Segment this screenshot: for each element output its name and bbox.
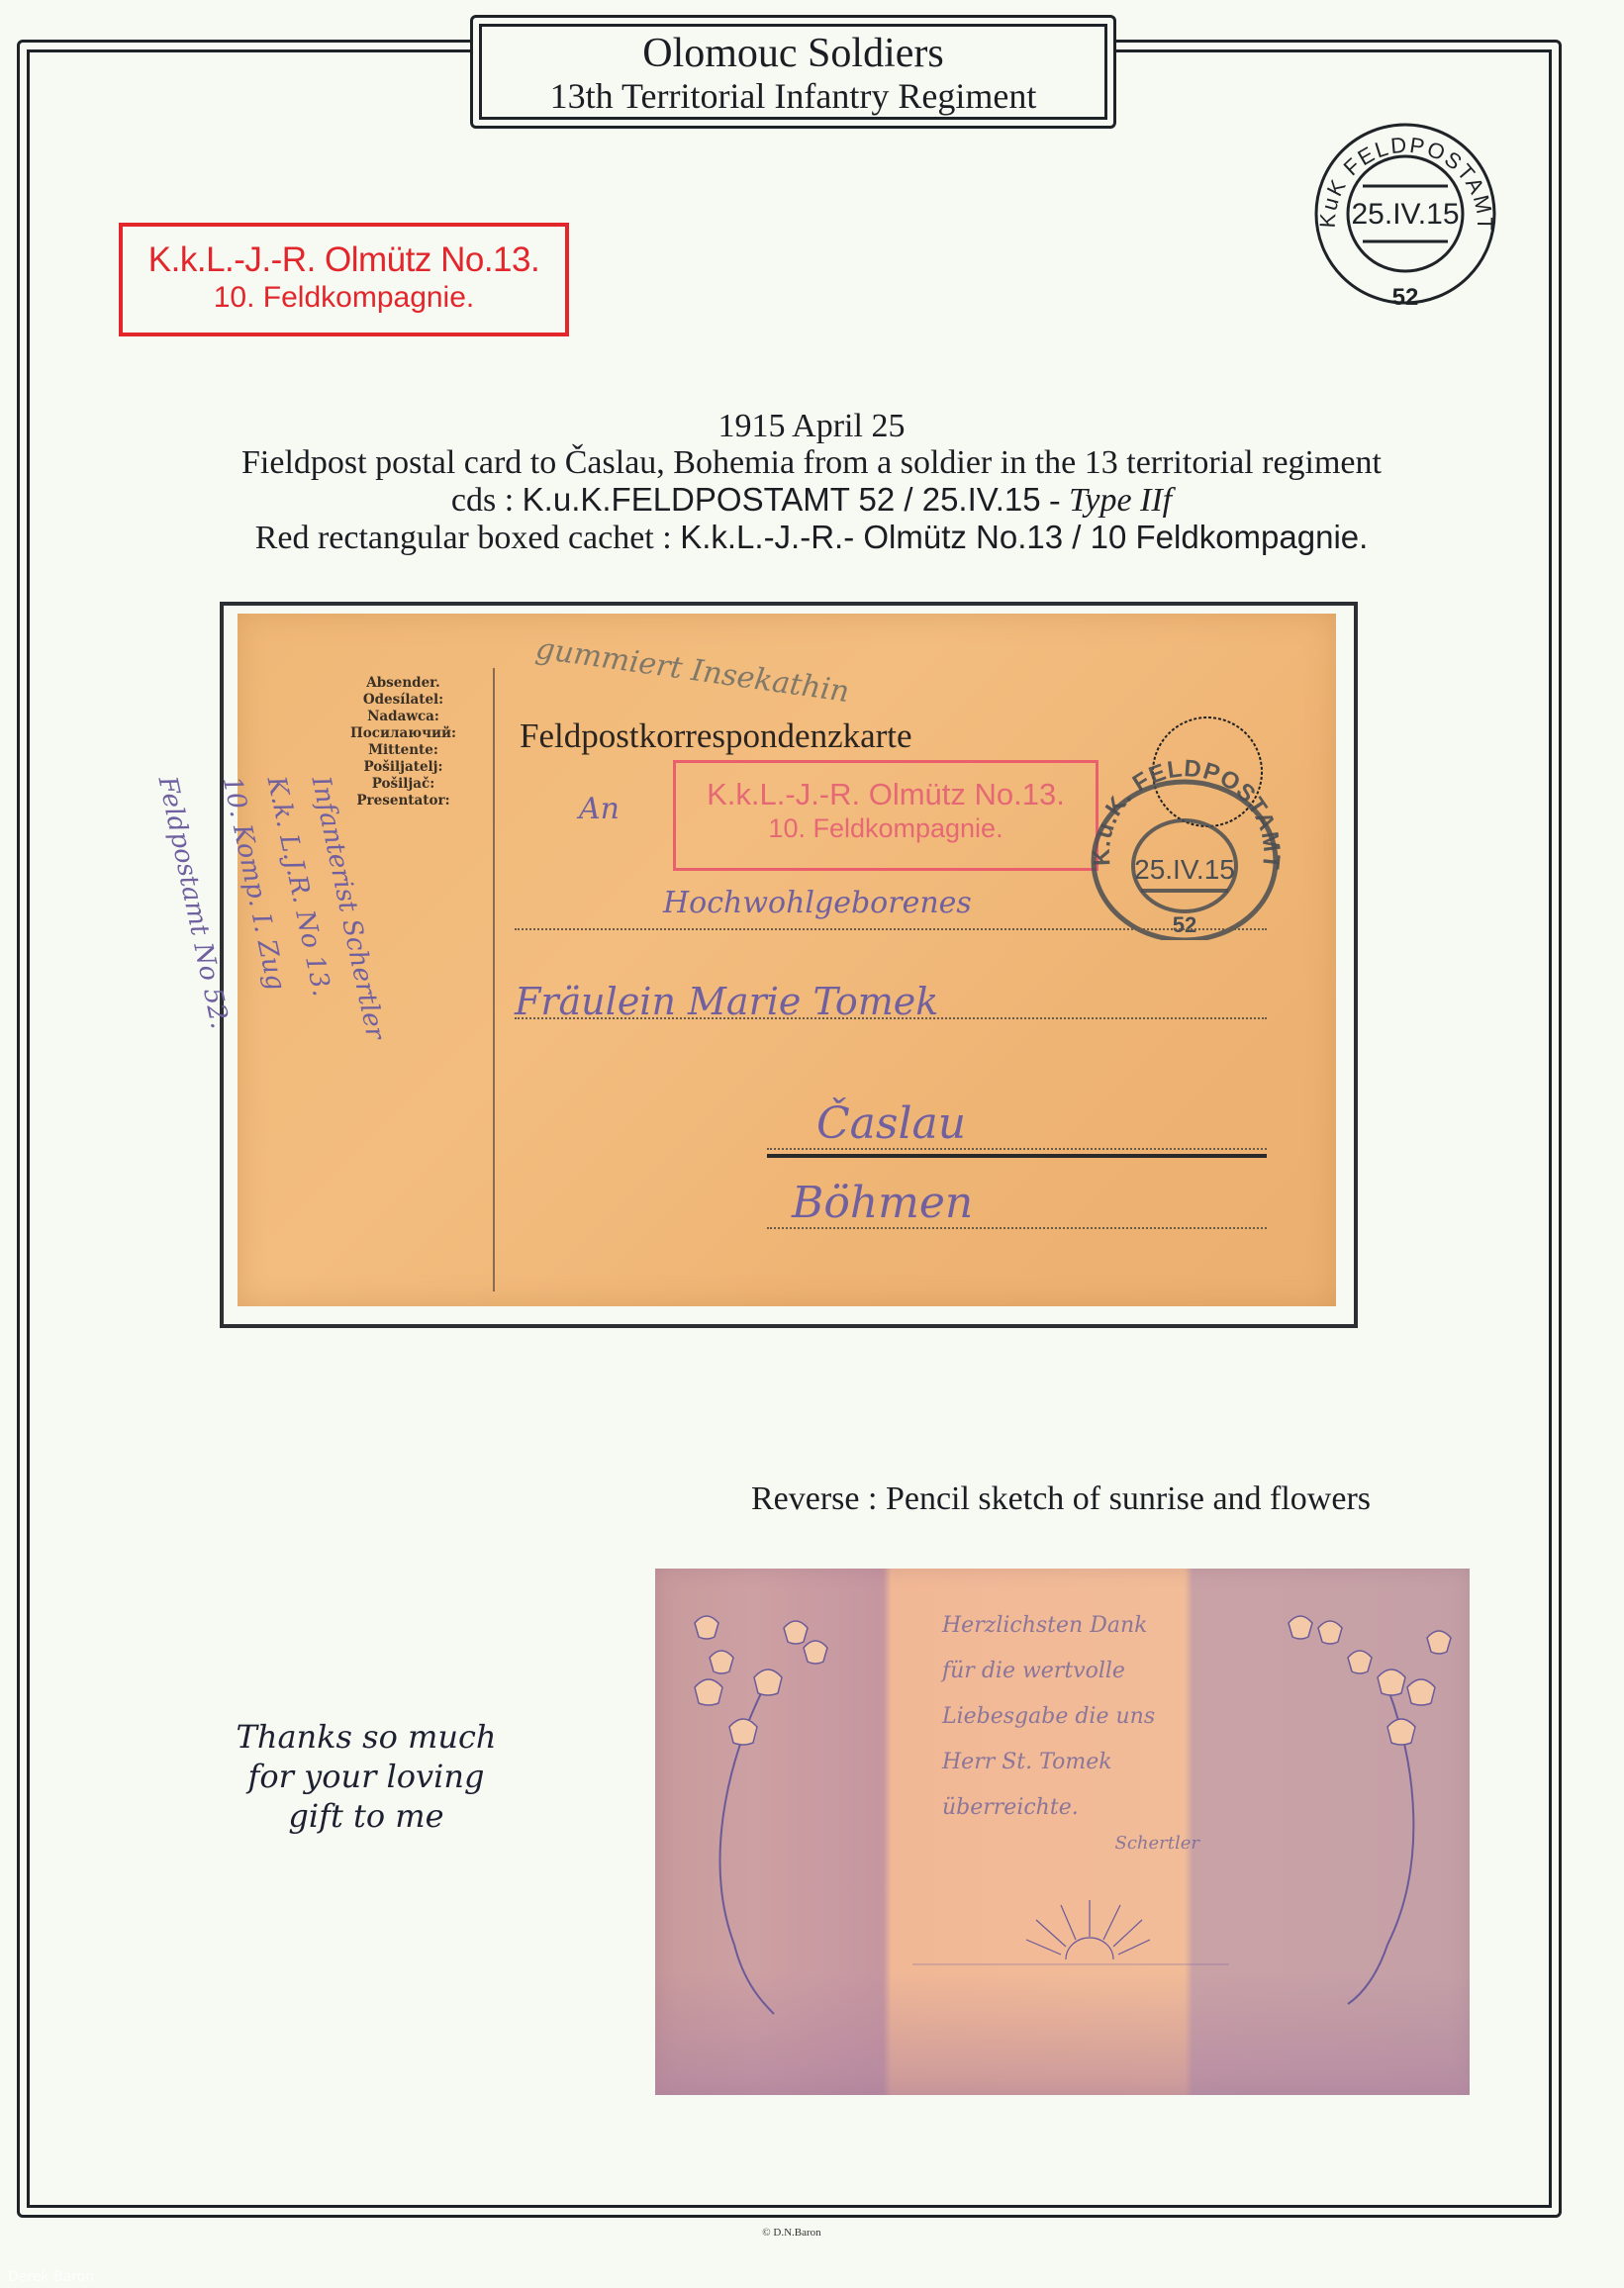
reverse-signature: Schertler xyxy=(942,1831,1199,1857)
postmark-number: 52 xyxy=(1392,284,1419,311)
sender-label: Посилаючий: xyxy=(332,725,475,742)
reverse-handwriting-line: Herzlichsten Dank xyxy=(942,1603,1199,1649)
sender-label: Presentator: xyxy=(332,793,475,810)
description-cds: cds : K.u.K.FELDPOSTAMT 52 / 25.IV.15 - … xyxy=(79,481,1544,519)
address-line-3: Časlau xyxy=(816,1098,966,1149)
reverse-handwriting-line: überreichte. xyxy=(942,1785,1199,1831)
sender-label: Mittente: xyxy=(332,742,475,759)
reverse-handwriting-line: Herr St. Tomek xyxy=(942,1740,1199,1785)
script-note-line: gift to me xyxy=(198,1796,534,1836)
script-note-line: for your loving xyxy=(198,1757,534,1796)
description-line-1: Fieldpost postal card to Časlau, Bohemia… xyxy=(79,444,1544,481)
address-underline xyxy=(767,1154,1267,1158)
postmark-date: 25.IV.15 xyxy=(1352,198,1460,231)
cds-type: - Type IIf xyxy=(1041,482,1172,519)
cds-value: K.u.K.FELDPOSTAMT 52 / 25.IV.15 xyxy=(523,481,1041,518)
script-translation-note: Thanks so much for your loving gift to m… xyxy=(198,1717,534,1836)
sender-divider xyxy=(493,668,495,1291)
sender-label: Pošiljač: xyxy=(332,776,475,793)
cachet-line-2: 10. Feldkompagnie. xyxy=(123,280,565,316)
cachet-line-1: K.k.L.-J.-R. Olmütz No.13. xyxy=(123,240,565,280)
address-line-4: Böhmen xyxy=(792,1178,973,1228)
address-dotted-line xyxy=(515,1017,1267,1019)
sender-label: Odesílatel: xyxy=(332,692,475,709)
handwritten-top-note: gummiert Insekathin xyxy=(533,631,851,710)
reverse-handwriting-line: Liebesgabe die uns xyxy=(942,1694,1199,1740)
postmark-replica: KuK FELDPOSTAMT 25.IV.15 52 xyxy=(1308,117,1502,315)
card-cachet: K.k.L.-J.-R. Olmütz No.13. 10. Feldkompa… xyxy=(673,760,1099,871)
address-dotted-line xyxy=(767,1148,1267,1150)
card-postmark: K.u.K. FELDPOSTAMT 25.IV.15 52 xyxy=(1074,703,1291,940)
title-box-inner: Olomouc Soldiers 13th Territorial Infant… xyxy=(479,24,1107,120)
watermark-text: Derek Baron xyxy=(8,2269,94,2285)
sender-label: Pošiljatelj: xyxy=(332,759,475,776)
front-postcard-image: gummiert Insekathin Absender. Odesílatel… xyxy=(238,614,1336,1306)
page-subtitle: 13th Territorial Infantry Regiment xyxy=(482,76,1104,116)
description-date: 1915 April 25 xyxy=(79,408,1544,444)
lily-flower-icon xyxy=(1289,1616,1451,1745)
card-postmark-number: 52 xyxy=(1173,912,1196,937)
cds-label: cds : xyxy=(451,482,523,519)
sender-label: Absender. xyxy=(332,675,475,692)
card-postmark-date: 25.IV.15 xyxy=(1134,854,1235,885)
card-heading: Feldpostkorrespondenzkarte xyxy=(520,716,912,756)
sender-labels: Absender. Odesílatel: Nadawca: Посилаючи… xyxy=(332,675,475,810)
script-note-line: Thanks so much xyxy=(198,1717,534,1757)
description-cachet: Red rectangular boxed cachet : K.k.L.-J.… xyxy=(79,519,1544,556)
card-cachet-line-1: K.k.L.-J.-R. Olmütz No.13. xyxy=(676,777,1096,812)
cachet-value: K.k.L.-J.-R.- Olmütz No.13 / 10 Feldkomp… xyxy=(680,519,1368,555)
reverse-heading: Reverse : Pencil sketch of sunrise and f… xyxy=(655,1480,1467,1518)
sender-label: Nadawca: xyxy=(332,709,475,725)
description-block: 1915 April 25 Fieldpost postal card to Č… xyxy=(79,408,1544,556)
cachet-label: Red rectangular boxed cachet : xyxy=(255,520,681,556)
address-dotted-line xyxy=(767,1227,1267,1229)
address-line-1: Hochwohlgeborenes xyxy=(663,886,972,920)
reverse-handwriting: Herzlichsten Dank für die wertvolle Lieb… xyxy=(942,1603,1199,1857)
page-title: Olomouc Soldiers xyxy=(482,31,1104,76)
title-box: Olomouc Soldiers 13th Territorial Infant… xyxy=(470,15,1116,129)
address-dotted-line xyxy=(515,928,1267,930)
cachet-replica: K.k.L.-J.-R. Olmütz No.13. 10. Feldkompa… xyxy=(119,223,569,336)
sunrise-icon xyxy=(1026,1900,1150,1959)
lily-flower-icon xyxy=(695,1616,827,1745)
card-cachet-line-2: 10. Feldkompagnie. xyxy=(676,812,1096,844)
copyright-text: © D.N.Baron xyxy=(713,2227,871,2239)
an-label: An xyxy=(579,792,620,826)
reverse-handwriting-line: für die wertvolle xyxy=(942,1649,1199,1694)
reverse-postcard-image: Herzlichsten Dank für die wertvolle Lieb… xyxy=(655,1569,1470,2095)
